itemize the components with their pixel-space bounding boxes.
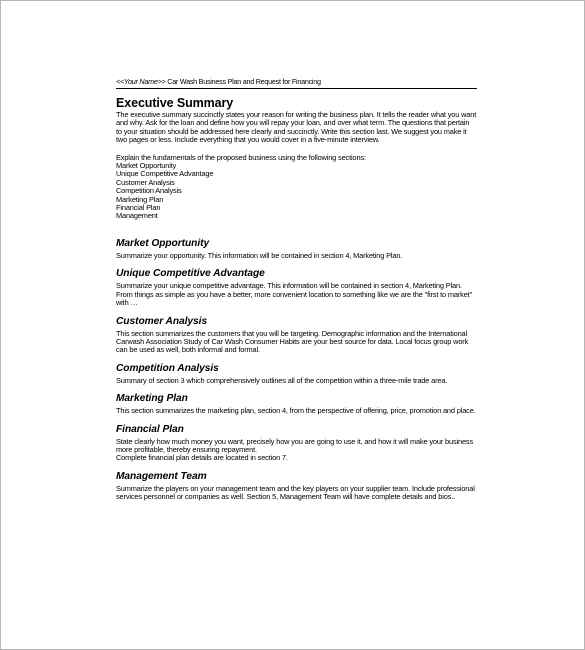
- section-heading: Competition Analysis: [116, 363, 477, 375]
- header-name-placeholder: <<Your Name>>: [116, 77, 166, 86]
- document-page: <<Your Name>> Car Wash Business Plan and…: [0, 0, 585, 650]
- section-body: Summarize the players on your management…: [116, 485, 477, 502]
- section-body: Summarize your unique competitive advant…: [116, 282, 477, 307]
- section-heading: Market Opportunity: [116, 238, 477, 250]
- section-heading: Financial Plan: [116, 424, 477, 436]
- section-competition-analysis: Competition Analysis Summary of section …: [116, 363, 477, 385]
- section-body: Summarize your opportunity. This informa…: [116, 252, 477, 260]
- executive-summary-heading: Executive Summary: [116, 96, 477, 110]
- section-body: This section summarizes the marketing pl…: [116, 407, 477, 415]
- section-heading: Management Team: [116, 471, 477, 483]
- section-heading: Unique Competitive Advantage: [116, 268, 477, 280]
- running-header: <<Your Name>> Car Wash Business Plan and…: [116, 77, 477, 89]
- section-heading: Marketing Plan: [116, 393, 477, 405]
- list-item: Management: [116, 212, 477, 220]
- list-item: Financial Plan: [116, 204, 477, 212]
- section-customer-analysis: Customer Analysis This section summarize…: [116, 316, 477, 355]
- section-market-opportunity: Market Opportunity Summarize your opport…: [116, 238, 477, 260]
- section-body: This section summarizes the customers th…: [116, 330, 477, 355]
- section-unique-competitive-advantage: Unique Competitive Advantage Summarize y…: [116, 268, 477, 307]
- section-body: Summary of section 3 which comprehensive…: [116, 377, 477, 385]
- fundamentals-list: Market Opportunity Unique Competitive Ad…: [116, 162, 477, 221]
- section-financial-plan: Financial Plan State clearly how much mo…: [116, 424, 477, 463]
- list-item: Marketing Plan: [116, 196, 477, 204]
- section-body: State clearly how much money you want, p…: [116, 438, 477, 455]
- list-item: Competition Analysis: [116, 187, 477, 195]
- executive-summary-intro: The executive summary succinctly states …: [116, 111, 477, 145]
- section-management-team: Management Team Summarize the players on…: [116, 471, 477, 502]
- section-body-note: Complete financial plan details are loca…: [116, 454, 477, 462]
- section-heading: Customer Analysis: [116, 316, 477, 328]
- section-marketing-plan: Marketing Plan This section summarizes t…: [116, 393, 477, 415]
- page-content: <<Your Name>> Car Wash Business Plan and…: [116, 77, 477, 502]
- header-title: Car Wash Business Plan and Request for F…: [166, 77, 321, 86]
